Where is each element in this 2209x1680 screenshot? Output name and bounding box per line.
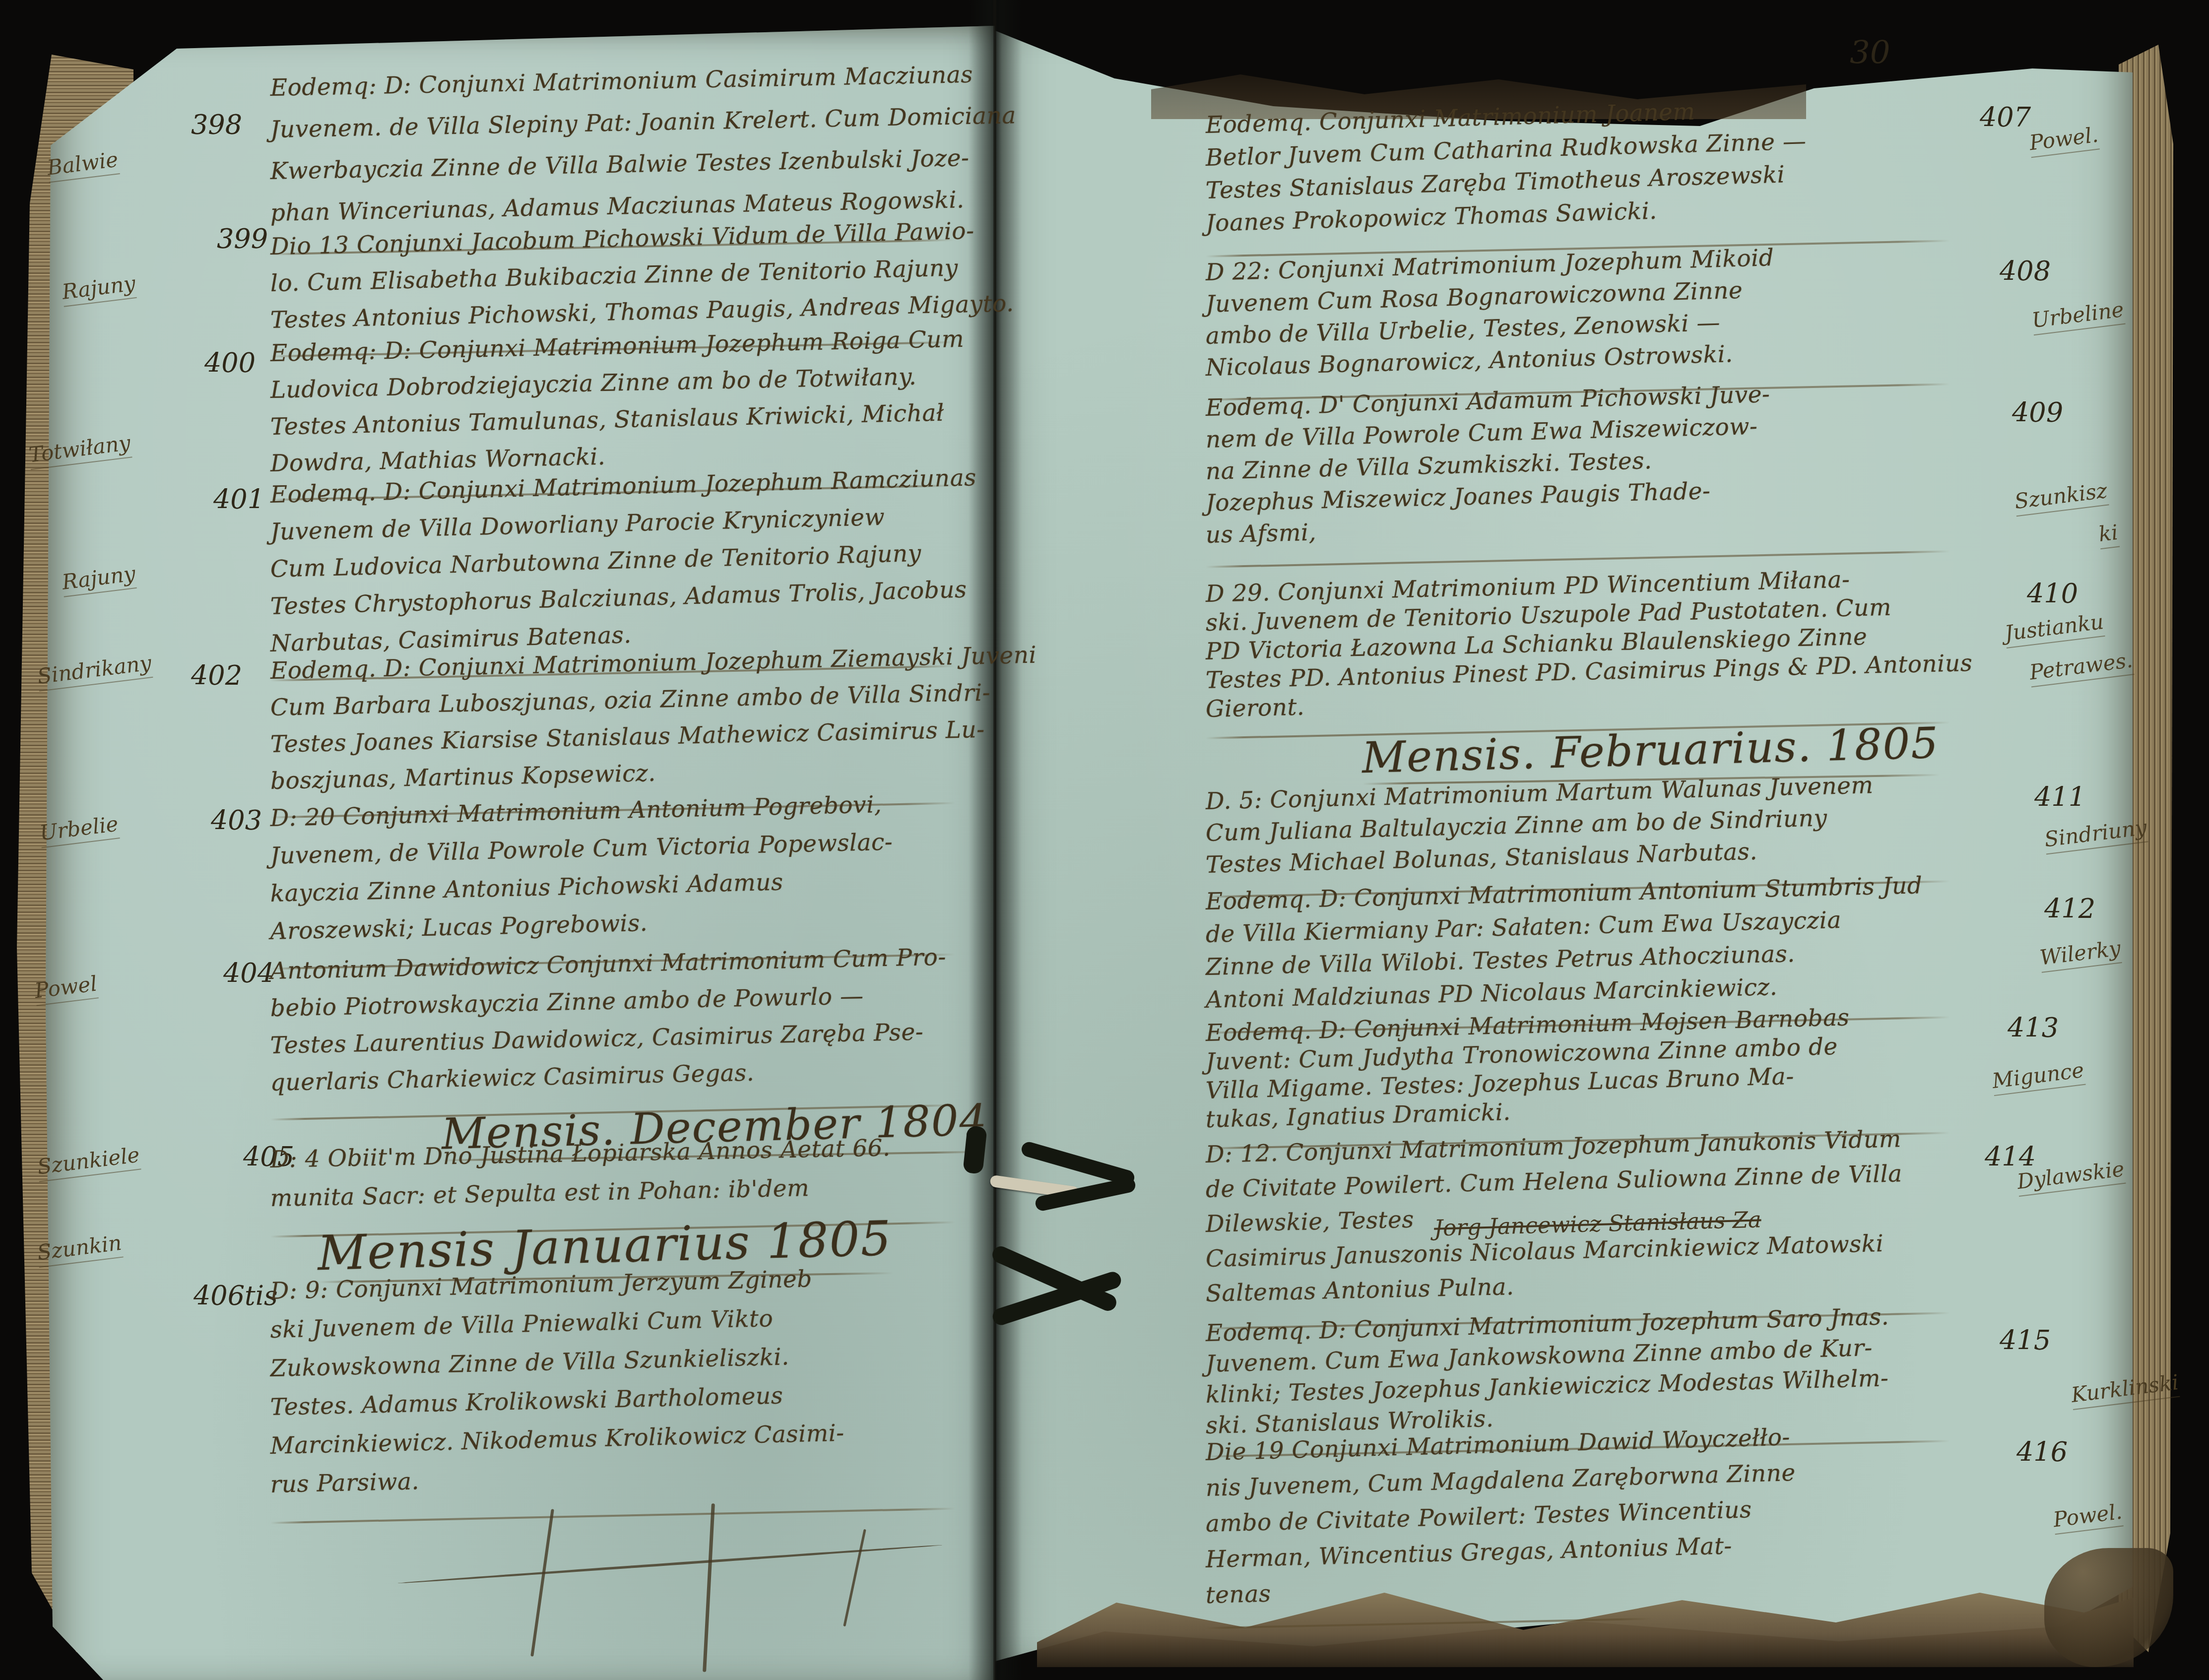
entry-lines: D: 9: Conjunxi Matrimonium Jerzyum Zgine…	[270, 1278, 955, 1510]
entry-lines: Eodemq. D: Conjunxi Matrimonium Antonium…	[1206, 888, 1950, 1019]
entry-lines: Eodemq. D: Conjunxi Matrimonium Jozephum…	[270, 657, 1037, 804]
entry-number: 409	[2012, 397, 2063, 428]
entry-number: 410	[2027, 578, 2078, 609]
manuscript-photo: 30 398 Balwie Eodemq: D: Conjunxi Matrim…	[0, 0, 2209, 1680]
entry-number: 402	[191, 660, 242, 691]
entry-number: 406tis	[194, 1280, 278, 1311]
entry-lines: D. 5: Conjunxi Matrimonium Martum Waluna…	[1206, 788, 1950, 883]
entry-409: 409 Szunkisz ki Eodemq. D' Conjunxi Adam…	[1206, 394, 1950, 560]
entry-number: 415	[2000, 1325, 2051, 1356]
entry-410: 410 Justianku Petrawes. D 29. Conjunxi M…	[1206, 581, 1973, 731]
entry-lines: Eodemq. D: Conjunxi Matrimonium Jozephum…	[270, 481, 976, 667]
entry-number: 401	[213, 484, 264, 515]
page-number: 30	[1850, 35, 1890, 71]
entry-403: 403 Urbelie D: 20 Conjunxi Matrimonium A…	[270, 805, 955, 963]
entry-408: 408 Urbeline D 22: Conjunxi Matrimonium …	[1206, 259, 1950, 393]
book-corner-bottom-right	[2044, 1548, 2173, 1667]
entry-406: 406tis Szunkin D: 9: Conjunxi Matrimoniu…	[270, 1278, 955, 1517]
entry-416: 416 Powel. Die 19 Conjunxi Matrimonium D…	[1206, 1439, 1796, 1624]
entry-number: 411	[2034, 781, 2085, 813]
entry-number: 400	[204, 347, 256, 379]
entry-lines: Eodemq. D: Conjunxi Matrimonium Mojsen B…	[1206, 1020, 1950, 1135]
entry-lines: D 22: Conjunxi Matrimonium Jozephum Miko…	[1206, 259, 1950, 386]
entry-number: 399	[217, 223, 268, 255]
entry-number: 413	[2008, 1012, 2059, 1043]
entry-lines: D: 20 Conjunxi Matrimonium Antonium Pogr…	[270, 805, 955, 956]
entry-number: 398	[191, 109, 242, 140]
entry-413: 413 Migunce Eodemq. D: Conjunxi Matrimon…	[1206, 1020, 1950, 1142]
entry-number: 403	[211, 805, 262, 836]
entry-lines: Eodemq. D' Conjunxi Adamum Pichowski Juv…	[1206, 394, 1950, 553]
entry-lines: D 29. Conjunxi Matrimonium PD Wincentium…	[1206, 581, 1973, 724]
entry-lines: Eodemq: D: Conjunxi Matrimonium Jozephum…	[270, 340, 964, 487]
entry-lines: Eodemq. D: Conjunxi Matrimonium Jozephum…	[1206, 1320, 1950, 1443]
entry-number: 404	[223, 958, 274, 989]
entry-402: 402 Sindrikany Eodemq. D: Conjunxi Matri…	[270, 657, 1037, 811]
entry-number: 416	[2016, 1436, 2068, 1468]
entry-number: 408	[2000, 256, 2051, 287]
entry-404: 404 Powel Antonium Dawidowicz Conjunxi M…	[270, 958, 955, 1113]
entry-lines: Eodemq: D: Conjunxi Matrimonium Casimiru…	[270, 74, 1016, 241]
entry-407: 407 Powel. Eodemq. Conjunxi Matrimonium …	[1206, 112, 1950, 250]
entry-lines: Antonium Dawidowicz Conjunxi Matrimonium…	[270, 958, 955, 1106]
entry-number: 412	[2044, 893, 2095, 924]
margin-note-2: ki	[2097, 520, 2120, 549]
entry-lines: Eodemq. Conjunxi Matrimonium JoanemBetlo…	[1206, 112, 1950, 243]
entry-number: 407	[1980, 102, 2031, 133]
entry-lines: Die 19 Conjunxi Matrimonium Dawid Woycze…	[1206, 1439, 1796, 1617]
